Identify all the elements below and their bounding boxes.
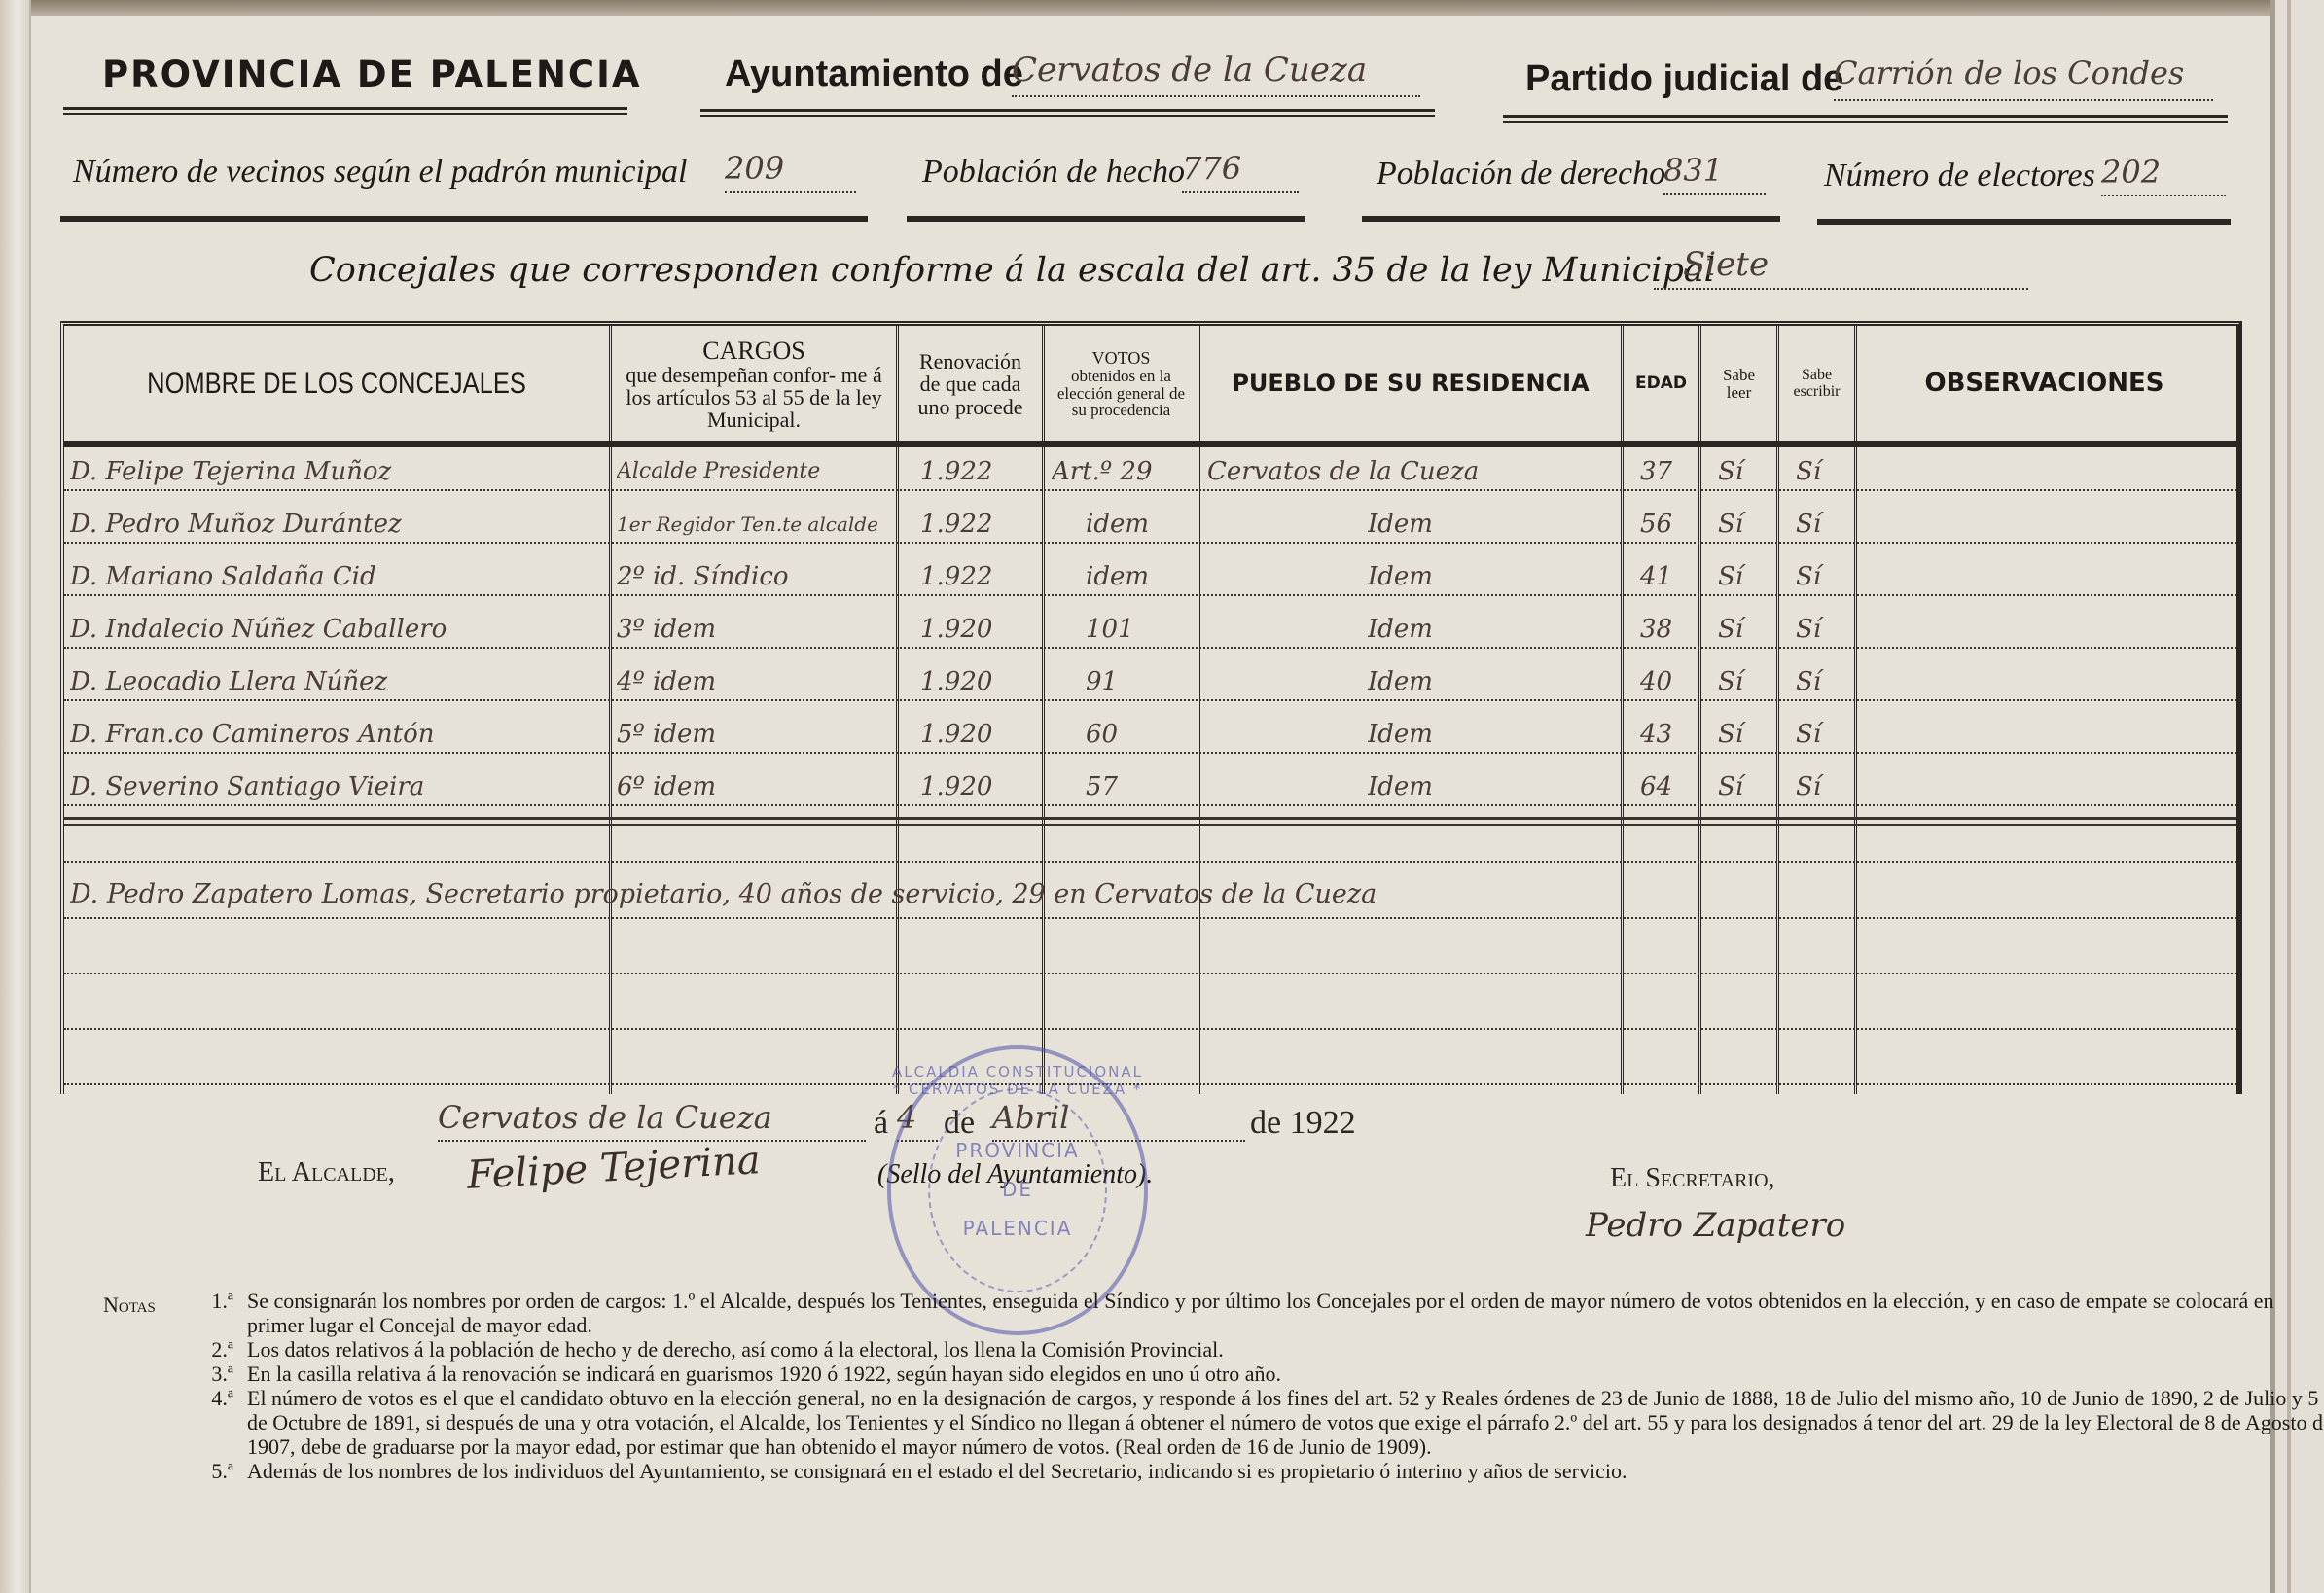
header-observaciones: OBSERVACIONES xyxy=(1857,330,2232,439)
cell-pueblo: Cervatos de la Cueza xyxy=(1207,452,1616,491)
cell-renovacion: 1.922 xyxy=(920,452,1037,491)
alcalde-label: El Alcalde, xyxy=(258,1157,395,1188)
header-pueblo: PUEBLO DE SU RESIDENCIA xyxy=(1200,330,1621,439)
cell-renovacion: 1.920 xyxy=(920,715,1037,754)
document-page: PROVINCIA DE PALENCIA Ayuntamiento de Ce… xyxy=(0,0,2324,1593)
stamp-line1: PROVINCIA xyxy=(891,1139,1144,1162)
cell-votos: Art.º 29 xyxy=(1052,452,1193,491)
cell-renovacion: 1.920 xyxy=(920,662,1037,701)
cell-observaciones xyxy=(1864,767,2224,806)
a-label: á xyxy=(874,1105,888,1142)
cell-edad: 64 xyxy=(1640,767,1694,806)
cell-escribir: Sí xyxy=(1796,767,1849,806)
stats-rule xyxy=(1817,219,2231,225)
province-title: PROVINCIA DE PALENCIA xyxy=(102,53,641,95)
row-rule xyxy=(64,1083,2236,1085)
cell-nombre: D. Leocadio Llera Núñez xyxy=(70,662,605,701)
cell-votos: 91 xyxy=(1086,662,1193,701)
header-cargos-sub: que desempeñan confor- me á los artículo… xyxy=(623,364,885,431)
note-item: 5.ª Además de los nombres de los individ… xyxy=(185,1459,2324,1483)
cell-nombre: D. Mariano Saldaña Cid xyxy=(70,557,605,596)
secretario-entry: D. Pedro Zapatero Lomas, Secretario prop… xyxy=(70,875,1938,914)
cell-leer: Sí xyxy=(1718,505,1771,544)
electores-label: Número de electores xyxy=(1824,158,2095,195)
header-nombre: NOMBRE DE LOS CONCEJALES xyxy=(105,330,568,439)
concejales-label: Concejales que corresponden conforme á l… xyxy=(309,251,1715,290)
cell-leer: Sí xyxy=(1718,452,1771,491)
cell-pueblo: Idem xyxy=(1368,767,1611,806)
stats-rule xyxy=(60,216,868,222)
notes-section: Notas 1.ª Se consignarán los nombres por… xyxy=(97,1289,2237,1483)
partido-field: Carrión de los Condes xyxy=(1834,54,2213,101)
note-number: 1.ª xyxy=(185,1289,247,1337)
section-separator xyxy=(64,817,2236,826)
stats-rule xyxy=(1362,216,1780,222)
cell-nombre: D. Fran.co Camineros Antón xyxy=(70,715,605,754)
header-votos-title: VOTOS xyxy=(1092,349,1151,368)
book-spine xyxy=(0,0,31,1593)
note-number: 5.ª xyxy=(185,1459,247,1483)
cell-edad: 41 xyxy=(1640,557,1694,596)
cell-observaciones xyxy=(1864,610,2224,649)
header-cargos: CARGOS que desempeñan confor- me á los a… xyxy=(612,330,896,439)
derecho-label: Población de derecho xyxy=(1377,156,1665,193)
cell-votos: 57 xyxy=(1086,767,1193,806)
cell-observaciones xyxy=(1864,557,2224,596)
electores-value: 202 xyxy=(2101,154,2226,196)
cell-nombre: D. Pedro Muñoz Durántez xyxy=(70,505,605,544)
header-rule xyxy=(63,107,627,115)
cell-cargo: 3º idem xyxy=(617,610,894,649)
header-sabe-escribir: Sabe escribir xyxy=(1779,330,1854,439)
cell-pueblo: Idem xyxy=(1368,505,1611,544)
header-renovacion: Renovación de que cada uno procede xyxy=(899,330,1042,439)
cell-cargo: 5º idem xyxy=(617,715,894,754)
cell-escribir: Sí xyxy=(1796,505,1849,544)
cell-edad: 38 xyxy=(1640,610,1694,649)
header-rule xyxy=(64,441,2236,447)
cell-leer: Sí xyxy=(1718,767,1771,806)
cell-renovacion: 1.920 xyxy=(920,767,1037,806)
partido-label: Partido judicial de xyxy=(1525,58,1843,100)
header-votos: VOTOS obtenidos en la elección general d… xyxy=(1045,330,1198,439)
cell-renovacion: 1.920 xyxy=(920,610,1037,649)
cell-votos: idem xyxy=(1086,505,1193,544)
cell-cargo: 1er Regidor Ten.te alcalde xyxy=(617,505,894,544)
cell-pueblo: Idem xyxy=(1368,610,1611,649)
cell-leer: Sí xyxy=(1718,610,1771,649)
note-number: 3.ª xyxy=(185,1362,247,1386)
note-item: 3.ª En la casilla relativa á la renovaci… xyxy=(185,1362,2324,1386)
header-rule xyxy=(700,109,1435,117)
stamp-line2: DE xyxy=(891,1178,1144,1201)
cell-edad: 43 xyxy=(1640,715,1694,754)
cell-nombre: D. Severino Santiago Vieira xyxy=(70,767,605,806)
concejales-value: Siete xyxy=(1654,245,2028,290)
row-rule xyxy=(64,1028,2236,1030)
row-rule xyxy=(64,917,2236,919)
vecinos-label: Número de vecinos según el padrón munici… xyxy=(73,154,687,191)
derecho-value: 831 xyxy=(1663,152,1766,195)
stats-rule xyxy=(907,216,1305,222)
cell-cargo: 4º idem xyxy=(617,662,894,701)
cell-escribir: Sí xyxy=(1796,715,1849,754)
cell-leer: Sí xyxy=(1718,557,1771,596)
cell-observaciones xyxy=(1864,452,2224,491)
year-label: de 1922 xyxy=(1250,1105,1356,1142)
note-text: Los datos relativos á la población de he… xyxy=(247,1337,2324,1362)
note-number: 2.ª xyxy=(185,1337,247,1362)
cell-edad: 56 xyxy=(1640,505,1694,544)
stamp-ring-text: ALCALDIA CONSTITUCIONAL * CERVATOS DE LA… xyxy=(891,1063,1144,1098)
cell-pueblo: Idem xyxy=(1368,715,1611,754)
cell-votos: idem xyxy=(1086,557,1193,596)
header-votos-sub: obtenidos en la elección general de su p… xyxy=(1051,368,1192,420)
note-item: 4.ª El número de votos es el que el cand… xyxy=(185,1386,2324,1459)
secretario-label: El Secretario, xyxy=(1610,1163,1775,1194)
header-cargos-title: CARGOS xyxy=(702,337,804,364)
cell-leer: Sí xyxy=(1718,715,1771,754)
stamp-line3: PALENCIA xyxy=(891,1217,1144,1240)
row-rule xyxy=(64,861,2236,863)
note-item: 2.ª Los datos relativos á la población d… xyxy=(185,1337,2324,1362)
cell-observaciones xyxy=(1864,715,2224,754)
cell-renovacion: 1.922 xyxy=(920,557,1037,596)
cell-escribir: Sí xyxy=(1796,662,1849,701)
cell-renovacion: 1.922 xyxy=(920,505,1037,544)
concejales-table: NOMBRE DE LOS CONCEJALES CARGOS que dese… xyxy=(60,321,2242,1094)
cell-cargo: 2º id. Síndico xyxy=(617,557,894,596)
hecho-label: Población de hecho xyxy=(922,154,1185,191)
row-rule xyxy=(64,973,2236,974)
header-sabe-leer: Sabe leer xyxy=(1701,330,1776,439)
note-text: En la casilla relativa á la renovación s… xyxy=(247,1362,2324,1386)
ayuntamiento-label: Ayuntamiento de xyxy=(725,53,1023,95)
cell-pueblo: Idem xyxy=(1368,662,1611,701)
cell-observaciones xyxy=(1864,505,2224,544)
cell-nombre: D. Felipe Tejerina Muñoz xyxy=(70,452,605,491)
cell-votos: 60 xyxy=(1086,715,1193,754)
cell-cargo: 6º idem xyxy=(617,767,894,806)
cell-leer: Sí xyxy=(1718,662,1771,701)
header-edad: EDAD xyxy=(1624,330,1698,439)
notes-title: Notas xyxy=(103,1292,156,1317)
note-text: Se consignarán los nombres por orden de … xyxy=(247,1289,2324,1337)
hecho-value: 776 xyxy=(1182,150,1299,193)
cell-nombre: D. Indalecio Núñez Caballero xyxy=(70,610,605,649)
secretario-signature: Pedro Zapatero xyxy=(1586,1206,1845,1245)
place-field: Cervatos de la Cueza xyxy=(438,1099,866,1142)
cell-escribir: Sí xyxy=(1796,452,1849,491)
cell-escribir: Sí xyxy=(1796,557,1849,596)
cell-votos: 101 xyxy=(1086,610,1193,649)
note-item: 1.ª Se consignarán los nombres por orden… xyxy=(185,1289,2324,1337)
note-text: El número de votos es el que el candidat… xyxy=(247,1386,2324,1459)
cell-pueblo: Idem xyxy=(1368,557,1611,596)
cell-cargo: Alcalde Presidente xyxy=(617,452,894,491)
cell-edad: 40 xyxy=(1640,662,1694,701)
note-number: 4.ª xyxy=(185,1386,247,1459)
book-top-edge xyxy=(0,0,2324,16)
vecinos-value: 209 xyxy=(725,150,856,193)
cell-observaciones xyxy=(1864,662,2224,701)
header-rule xyxy=(1503,115,2228,123)
note-text: Además de los nombres de los individuos … xyxy=(247,1459,2324,1483)
cell-escribir: Sí xyxy=(1796,610,1849,649)
cell-edad: 37 xyxy=(1640,452,1694,491)
alcalde-signature: Felipe Tejerina xyxy=(466,1138,762,1198)
ayuntamiento-field: Cervatos de la Cueza xyxy=(1012,51,1420,97)
